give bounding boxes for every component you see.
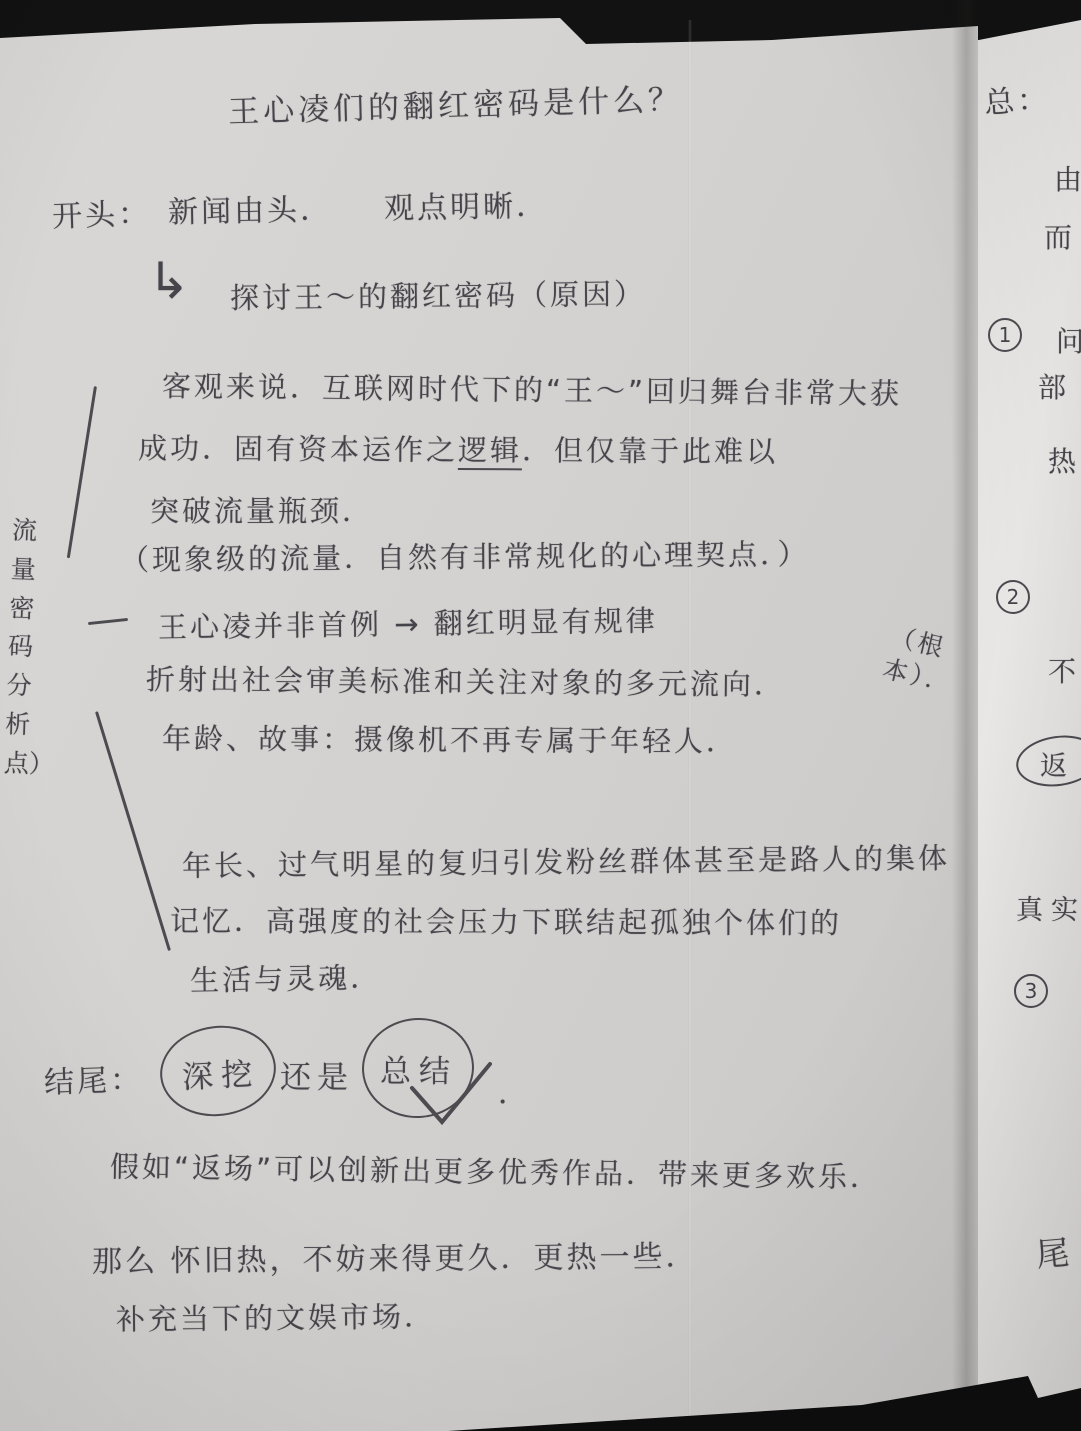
sidepage-number-1-digit: 1 (999, 323, 1012, 347)
point3-line1: 年长、过气明星的复归引发粉丝群体甚至是路人的集体 (182, 836, 950, 885)
sidepage-number-2-digit: 2 (1007, 585, 1020, 609)
sidepage-frag-wen: 问 (1056, 320, 1081, 360)
ending-middle: 还是 (280, 1052, 354, 1097)
sidepage-frag-you: 由 (1054, 158, 1081, 198)
point1-line1: 客观来说．互联网时代下的“王～”回归舞台非常大获 (162, 364, 902, 413)
closing-line3: 补充当下的文娱市场． (116, 1294, 436, 1338)
opening-text: 新闻由头． 观点明晰． (168, 181, 550, 232)
sidepage-number-1: 1 (988, 318, 1022, 352)
branch-arrow-icon: ↳ (148, 252, 190, 310)
sidepage-number-3: 3 (1014, 974, 1048, 1008)
sidepage-frag-zong: 总： (983, 74, 1052, 122)
point2-line2: 折射出社会审美标准和关注对象的多元流向． (146, 657, 786, 704)
sidepage-frag-zhen: 真实 (1016, 888, 1081, 927)
point3-line2: 记忆．高强度的社会压力下联结起孤独个体们的 (170, 899, 842, 942)
closing-line2: 那么 怀旧热，不妨来得更久．更热一些． (92, 1231, 699, 1280)
opening-branch-text: 探讨王～的翻红密码（原因） (230, 272, 646, 317)
point1-line2-post: ．但仅靠于此难以 (522, 433, 778, 468)
ending-period: ． (498, 1068, 531, 1112)
sidepage-frag-bu: 不 (1048, 650, 1079, 690)
sidepage-frag-re: 热 (1048, 440, 1079, 480)
point1-line3: 突破流量瓶颈． (150, 489, 374, 530)
point3-line3: 生活与灵魂． (190, 955, 383, 999)
check-mark-icon (402, 1058, 494, 1130)
point2-line1: 王心凌并非首例 → 翻红明显有规律 (158, 599, 658, 647)
ending-label: 结尾： (43, 1054, 143, 1101)
sidepage-number-2: 2 (996, 580, 1030, 614)
point2-line3: 年龄、故事：摄像机不再专属于年轻人． (162, 716, 738, 760)
notebook-photo: 王心凌们的翻红密码是什么？ 开头： 新闻由头． 观点明晰． ↳ 探讨王～的翻红密… (0, 0, 1081, 1431)
sidepage-frag-wei: 尾 (1034, 1227, 1074, 1277)
sidepage-frag-bu4: 部 (1038, 366, 1069, 406)
page-seam-shadow (952, 0, 978, 1431)
point1-line2-underlined: 逻辑 (458, 433, 522, 470)
opening-label: 开头： (51, 188, 151, 235)
sidepage-number-3-digit: 3 (1025, 979, 1038, 1003)
point1-line2: 成功．固有资本运作之逻辑．但仅靠于此难以 (138, 426, 778, 470)
point1-line2-pre: 成功．固有资本运作之 (138, 431, 458, 467)
sidepage-frag-fan: 返 (1040, 744, 1070, 783)
ending-option-1: 深挖 (181, 1048, 261, 1097)
point1-line4: （现象级的流量．自然有非常规化的心理契点．） (120, 532, 810, 579)
sidepage-frag-er: 而 (1044, 216, 1075, 256)
